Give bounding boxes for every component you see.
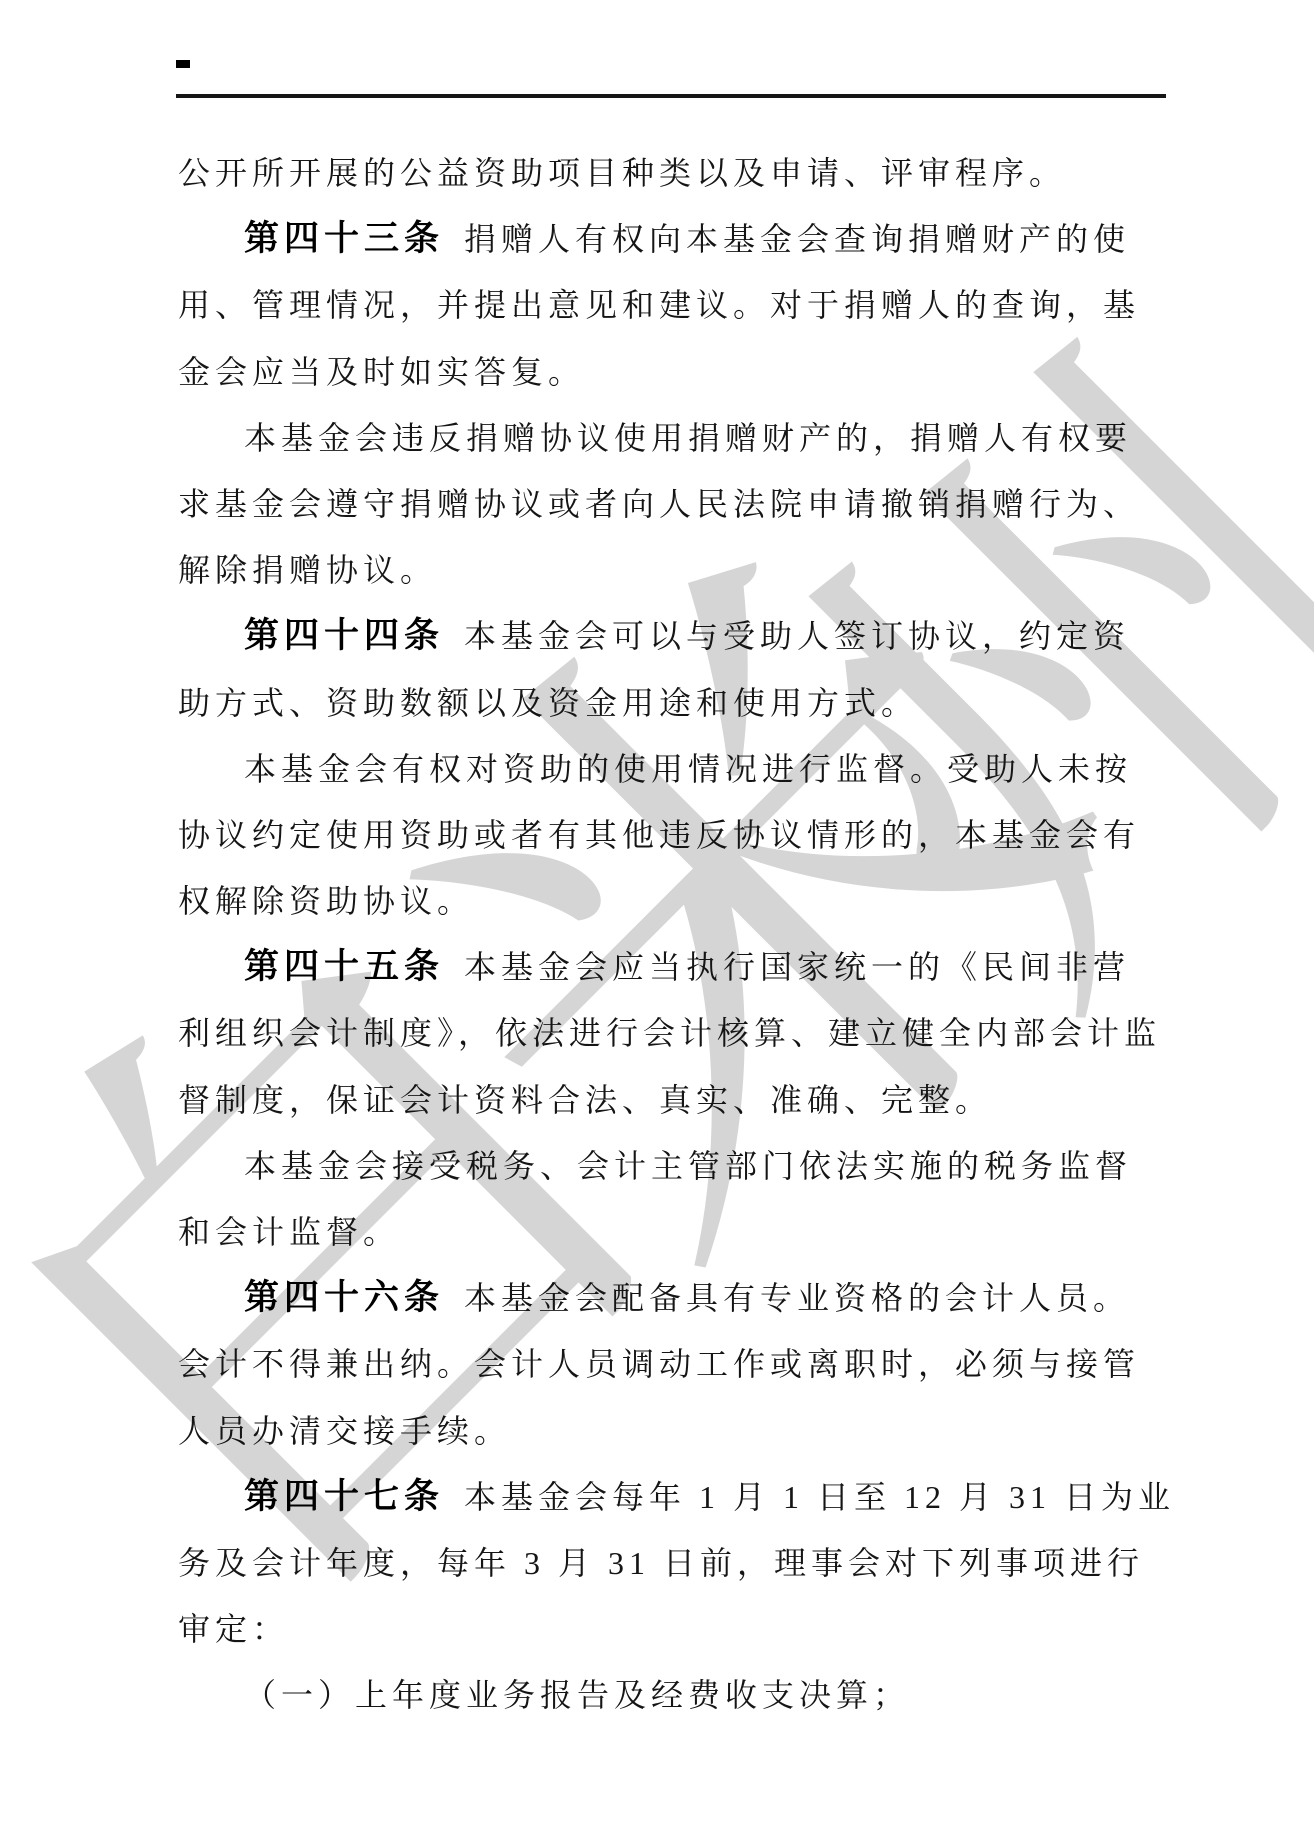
line-text: 和会计监督。 [178, 1214, 400, 1250]
header-rule [176, 94, 1166, 98]
line-text: 务及会计年度，每年 3 月 31 日前，理事会对下列事项进行 [178, 1545, 1144, 1581]
line-text: 本基金会接受税务、会计主管部门依法实施的税务监督 [244, 1148, 1132, 1184]
text-line: 第四十六条本基金会配备具有专业资格的会计人员。 [178, 1265, 1178, 1331]
text-line: 协议约定使用资助或者有其他违反协议情形的，本基金会有 [178, 802, 1178, 868]
article-number: 第四十六条 [244, 1278, 444, 1317]
article-number: 第四十七条 [244, 1477, 444, 1516]
text-line: 第四十四条本基金会可以与受助人签订协议，约定资 [178, 603, 1178, 669]
line-text: 协议约定使用资助或者有其他违反协议情形的，本基金会有 [178, 817, 1140, 853]
line-text: 会计不得兼出纳。会计人员调动工作或离职时，必须与接管 [178, 1346, 1140, 1382]
article-number: 第四十四条 [244, 616, 444, 655]
text-line: 本基金会接受税务、会计主管部门依法实施的税务监督 [178, 1133, 1178, 1199]
line-text: （一）上年度业务报告及经费收支决算； [244, 1677, 910, 1713]
text-line: 助方式、资助数额以及资金用途和使用方式。 [178, 670, 1178, 736]
line-text: 本基金会每年 1 月 1 日至 12 月 31 日为业 [464, 1479, 1175, 1515]
text-line: 求基金会遵守捐赠协议或者向人民法院申请撤销捐赠行为、 [178, 471, 1178, 537]
line-text: 本基金会有权对资助的使用情况进行监督。受助人未按 [244, 751, 1132, 787]
line-text: 本基金会可以与受助人签订协议，约定资 [464, 618, 1130, 654]
line-text: 捐赠人有权向本基金会查询捐赠财产的使 [464, 221, 1130, 257]
text-line: 本基金会有权对资助的使用情况进行监督。受助人未按 [178, 736, 1178, 802]
line-text: 用、管理情况，并提出意见和建议。对于捐赠人的查询，基 [178, 287, 1140, 323]
text-line: 第四十七条本基金会每年 1 月 1 日至 12 月 31 日为业 [178, 1464, 1178, 1530]
line-text: 助方式、资助数额以及资金用途和使用方式。 [178, 685, 918, 721]
line-text: 公开所开展的公益资助项目种类以及申请、评审程序。 [178, 155, 1066, 191]
document-page: 白米州 公开所开展的公益资助项目种类以及申请、评审程序。第四十三条捐赠人有权向本… [0, 0, 1314, 1834]
text-line: 务及会计年度，每年 3 月 31 日前，理事会对下列事项进行 [178, 1530, 1178, 1596]
line-text: 金会应当及时如实答复。 [178, 354, 585, 390]
text-line: 金会应当及时如实答复。 [178, 339, 1178, 405]
text-line: 和会计监督。 [178, 1199, 1178, 1265]
text-line: 公开所开展的公益资助项目种类以及申请、评审程序。 [178, 140, 1178, 206]
line-text: 本基金会配备具有专业资格的会计人员。 [464, 1280, 1130, 1316]
text-line: 用、管理情况，并提出意见和建议。对于捐赠人的查询，基 [178, 272, 1178, 338]
text-line: 本基金会违反捐赠协议使用捐赠财产的，捐赠人有权要 [178, 405, 1178, 471]
line-text: 求基金会遵守捐赠协议或者向人民法院申请撤销捐赠行为、 [178, 486, 1140, 522]
line-text: 审定： [178, 1611, 289, 1647]
text-line: 第四十三条捐赠人有权向本基金会查询捐赠财产的使 [178, 206, 1178, 272]
text-line: （一）上年度业务报告及经费收支决算； [178, 1662, 1178, 1728]
corner-dash-mark [176, 60, 190, 68]
line-text: 本基金会违反捐赠协议使用捐赠财产的，捐赠人有权要 [244, 420, 1132, 456]
line-text: 解除捐赠协议。 [178, 552, 437, 588]
line-text: 权解除资助协议。 [178, 883, 474, 919]
line-text: 利组织会计制度》，依法进行会计核算、建立健全内部会计监 [178, 1015, 1161, 1051]
line-text: 督制度，保证会计资料合法、真实、准确、完整。 [178, 1082, 992, 1118]
text-line: 利组织会计制度》，依法进行会计核算、建立健全内部会计监 [178, 1000, 1178, 1066]
article-number: 第四十五条 [244, 947, 444, 986]
text-line: 审定： [178, 1596, 1178, 1662]
article-number: 第四十三条 [244, 219, 444, 258]
text-line: 权解除资助协议。 [178, 868, 1178, 934]
text-line: 第四十五条本基金会应当执行国家统一的《民间非营 [178, 934, 1178, 1000]
text-line: 解除捐赠协议。 [178, 537, 1178, 603]
document-body: 公开所开展的公益资助项目种类以及申请、评审程序。第四十三条捐赠人有权向本基金会查… [178, 140, 1178, 1729]
text-line: 督制度，保证会计资料合法、真实、准确、完整。 [178, 1067, 1178, 1133]
line-text: 人员办清交接手续。 [178, 1413, 511, 1449]
text-line: 人员办清交接手续。 [178, 1398, 1178, 1464]
line-text: 本基金会应当执行国家统一的《民间非营 [464, 949, 1130, 985]
text-line: 会计不得兼出纳。会计人员调动工作或离职时，必须与接管 [178, 1331, 1178, 1397]
